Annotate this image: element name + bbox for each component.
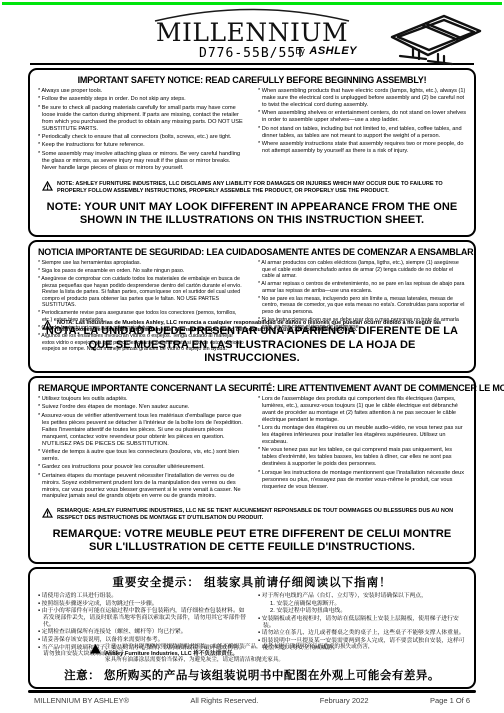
chinese-disclaimer: 注意，对于未能严格按照组装说明书组装，未能正确组装产品，或者未能正确使用产品而造… (90, 644, 444, 664)
safety-bullet: * No se pare es las mesas, incluyendo pe… (258, 296, 466, 316)
chinese-disclaimer-line: 注意，对于未能严格按照组装说明书组装，未能正确组装产品，或者未能正确使用产品而造… (105, 644, 374, 651)
english-columns: * Always use proper tools. * Follow the … (38, 88, 466, 173)
safety-bullet: ▪ 按照组装步骤逐步完成，请勿跳过任一步骤。 (38, 601, 246, 608)
safety-bullet: ▪ 请使用合适的工具进行组装。 (38, 593, 246, 600)
french-right-column: * Lors de l'assemblage des produits qui … (258, 396, 466, 502)
safety-bullet: ▪ 对于所有电线的产品（台灯、立灯等），安装时请确保以下两点， (258, 593, 466, 600)
french-left-column: * Utilisez toujours les outils adaptés. … (38, 396, 246, 502)
warning-icon (42, 508, 53, 518)
safety-bullet: * Al armar productos con cables eléctric… (258, 260, 466, 280)
french-disclaimer: REMARQUE: ASHLEY FURNITURE INDUSTRIES, L… (42, 508, 462, 522)
safety-bullet: * Assurez-vous de vérifier attentivement… (38, 413, 246, 448)
safety-bullet: ▪ 定期检查以确保所有连接处（螺丝、螺杆等）均已拧紧。 (38, 629, 246, 636)
english-right-column: * When assembling products that have ele… (258, 88, 466, 173)
footer-divider (28, 690, 476, 693)
safety-sub-bullet: 1. 安装之前确保电源断开。 (258, 601, 466, 608)
chinese-disclaimer-line: 家具所有油漆涂层需要恰当保养，为避免灰尘，请定期清洁和抛光家具。 (105, 657, 374, 664)
safety-bullet: * Do not stand on tables, including but … (258, 126, 466, 140)
section-title-french: REMARQUE IMPORTANTE CONCERNANT LA SECURI… (38, 383, 466, 393)
english-disclaimer: NOTE: ASHLEY FURNITURE INDUSTRIES, LLC D… (42, 181, 462, 195)
safety-bullet: ▪ 请勿站立在茶几、边几或者餐桌之类的桌子上，这些桌子不能够支撑人体重量。 (258, 630, 466, 637)
safety-bullet: * Some assembly may involve attaching gl… (38, 151, 246, 172)
safety-bullet: * Siempre use las herramientas apropiada… (38, 260, 246, 267)
footer-page-number: Page 1 Of 6 (430, 696, 470, 705)
spanish-appearance-note: NOTA: LA UNIDAD PUEDE PRESENTAR UNA APAR… (44, 325, 460, 366)
section-title-spanish: NOTICIA IMPORTANTE DE SEGURIDAD: LEA CUI… (38, 247, 466, 257)
section-title-english: IMPORTANT SAFETY NOTICE: READ CAREFULLY … (38, 75, 466, 85)
safety-bullet: * Suivez l'ordre des étapes de montage. … (38, 404, 246, 411)
footer-date: February 2022 (320, 696, 369, 705)
top-green-line (2, 2, 502, 5)
safety-bullet: * Asegúrese de comprobar con cuidado tod… (38, 276, 246, 309)
safety-bullet: * Where assembly instructions state that… (258, 141, 466, 155)
safety-bullet: ▪ 安装隔板或者电视柜时，请勿站在低层隔板上安装上层隔板，使用梯子进行安装。 (258, 616, 466, 629)
section-chinese: 重要安全提示： 组装家具前请仔细阅读以下指南！ ▪ 请使用合适的工具进行组装。 … (28, 567, 476, 689)
chinese-appearance-note: 注意： 您所购买的产品与该组装说明书中配图在外观上可能会有差异。 (44, 669, 460, 683)
safety-bullet: * Always use proper tools. (38, 88, 246, 95)
safety-bullet: * Vérifiez de temps à autre que tous les… (38, 449, 246, 463)
model-number: D776-55B/55T (127, 46, 377, 61)
safety-bullet: ▪ 由于小的零部件有可能在运输过程中散落于包装箱内，请仔细检查包装材料。如若发现… (38, 608, 246, 628)
warning-icon (42, 181, 53, 191)
english-left-column: * Always use proper tools. * Follow the … (38, 88, 246, 173)
english-appearance-note: NOTE: YOUR UNIT MAY LOOK DIFFERENT IN AP… (44, 201, 460, 229)
safety-bullet: * Be sure to check all packing materials… (38, 105, 246, 133)
safety-bullet: * Ne vous tenez pas sur les tables, ce q… (258, 447, 466, 468)
safety-bullet: * Gardez ces instructions pour pouvoir l… (38, 464, 246, 471)
safety-bullet: * Certaines étapes du montage peuvent né… (38, 473, 246, 501)
safety-bullet: * Siga los pasos de ensamble en orden. N… (38, 268, 246, 275)
warning-icon (90, 644, 101, 654)
footer-rights: All Rights Reserved. (190, 696, 258, 705)
safety-bullet: * Al armar repisas o centros de entreten… (258, 281, 466, 294)
safety-bullet: * Periodically check to ensure that all … (38, 134, 246, 141)
section-french: REMARQUE IMPORTANTE CONCERNANT LA SECURI… (28, 376, 476, 564)
section-spanish: NOTICIA IMPORTANTE DE SEGURIDAD: LEA CUI… (28, 240, 476, 373)
footer-brand: MILLENNIUM BY ASHLEY® (34, 696, 129, 705)
section-english: IMPORTANT SAFETY NOTICE: READ CAREFULLY … (28, 68, 476, 237)
english-disclaimer-text: NOTE: ASHLEY FURNITURE INDUSTRIES, LLC D… (57, 181, 462, 195)
chinese-disclaimer-lines: 注意，对于未能严格按照组装说明书组装，未能正确组装产品，或者未能正确使用产品而造… (105, 644, 374, 664)
bed-frame-illustration (386, 12, 482, 66)
footer: MILLENNIUM BY ASHLEY® All Rights Reserve… (0, 696, 504, 705)
safety-bullet: ▪ 请妥善保存该安装说明，以备将来需要时参考。 (38, 637, 246, 644)
safety-bullet: * Lors de l'assemblage des produits qui … (258, 396, 466, 424)
safety-bullet: * Lors du montage des étagères ou un meu… (258, 425, 466, 446)
safety-bullet: * Keep the instructions for future refer… (38, 142, 246, 149)
safety-bullet: * Utilisez toujours les outils adaptés. (38, 396, 246, 403)
safety-sub-bullet: 2. 安装过程中请勿扭曲电线。 (258, 608, 466, 615)
french-appearance-note: REMARQUE: VOTRE MEUBLE PEUT ETRE DIFFERE… (44, 528, 460, 556)
safety-bullet: * When assembling products that have ele… (258, 88, 466, 109)
safety-bullet: * Lorsque les instructions de montage me… (258, 470, 466, 491)
safety-bullet: * When assembling shelves or entertainme… (258, 110, 466, 124)
safety-bullet: * Follow the assembly steps in order. Do… (38, 96, 246, 103)
section-title-chinese: 重要安全提示： 组装家具前请仔细阅读以下指南！ (38, 574, 466, 590)
french-disclaimer-text: REMARQUE: ASHLEY FURNITURE INDUSTRIES, L… (57, 508, 462, 522)
french-columns: * Utilisez toujours les outils adaptés. … (38, 396, 466, 502)
